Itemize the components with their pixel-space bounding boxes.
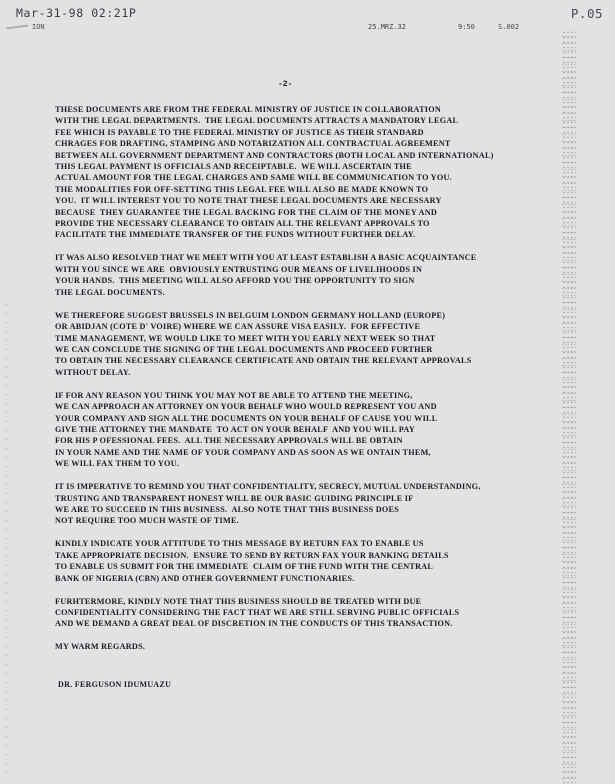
paragraph-line: YOU. IT WILL INTEREST YOU TO NOTE THAT T… [55, 195, 555, 206]
paragraph-line: THE MODALITIES FOR OFF-SETTING THIS LEGA… [55, 184, 555, 195]
scan-noise-right [562, 30, 576, 784]
paragraph-line: TIME MANAGEMENT, WE WOULD LIKE TO MEET W… [55, 333, 555, 344]
letter-paragraph: IT IS IMPERATIVE TO REMIND YOU THAT CONF… [55, 481, 555, 527]
letter-paragraphs: THESE DOCUMENTS ARE FROM THE FEDERAL MIN… [55, 104, 555, 630]
paragraph-line: TO ENABLE US SUBMIT FOR THE IMMEDIATE CL… [55, 561, 555, 572]
paragraph-line: TRUSTING AND TRANSPARENT HONEST WILL BE … [55, 493, 555, 504]
fax-timestamp: Mar-31-98 02:21P [16, 6, 136, 20]
paragraph-line: IN YOUR NAME AND THE NAME OF YOUR COMPAN… [55, 447, 555, 458]
paragraph-line: IT WAS ALSO RESOLVED THAT WE MEET WITH Y… [55, 252, 555, 263]
paragraph-line: BANK OF NIGERIA (CBN) AND OTHER GOVERNME… [55, 573, 555, 584]
letter-closing: MY WARM REGARDS. [55, 641, 555, 652]
paragraph-line: ACTUAL AMOUNT FOR THE LEGAL CHARGES AND … [55, 172, 555, 183]
paragraph-line: IT IS IMPERATIVE TO REMIND YOU THAT CONF… [55, 481, 555, 492]
letter-paragraph: THESE DOCUMENTS ARE FROM THE FEDERAL MIN… [55, 104, 555, 241]
paragraph-line: PROVIDE THE NECESSARY CLEARANCE TO OBTAI… [55, 218, 555, 229]
fax-smudge [6, 24, 28, 29]
paragraph-line: IF FOR ANY REASON YOU THINK YOU MAY NOT … [55, 390, 555, 401]
paragraph-line: TAKE APPROPRIATE DECISION. ENSURE TO SEN… [55, 550, 555, 561]
paragraph-line: AND WE DEMAND A GREAT DEAL OF DISCRETION… [55, 618, 555, 629]
paragraph-line: WE ARE TO SUCCEED IN THIS BUSINESS. ALSO… [55, 504, 555, 515]
paragraph-line: CHRAGES FOR DRAFTING, STAMPING AND NOTAR… [55, 138, 555, 149]
paragraph-line: WITH YOU SINCE WE ARE OBVIOUSLY ENTRUSTI… [55, 264, 555, 275]
paragraph-line: WE CAN APPROACH AN ATTORNEY ON YOUR BEHA… [55, 401, 555, 412]
letter-paragraph: IF FOR ANY REASON YOU THINK YOU MAY NOT … [55, 390, 555, 470]
letter-body: THESE DOCUMENTS ARE FROM THE FEDERAL MIN… [55, 104, 555, 664]
paragraph-line: FACILITATE THE IMMEDIATE TRANSFER OF THE… [55, 229, 555, 240]
paragraph-line: THESE DOCUMENTS ARE FROM THE FEDERAL MIN… [55, 104, 555, 115]
paragraph-line: WE WILL FAX THEM TO YOU. [55, 458, 555, 469]
letter-paragraph: IT WAS ALSO RESOLVED THAT WE MEET WITH Y… [55, 252, 555, 298]
paragraph-line: BETWEEN ALL GOVERNMENT DEPARTMENT AND CO… [55, 150, 555, 161]
paragraph-line: KINDLY INDICATE YOUR ATTITUDE TO THIS ME… [55, 538, 555, 549]
paragraph-line: CONFIDENTIALITY CONSIDERING THE FACT THA… [55, 607, 555, 618]
paragraph-line: TO OBTAIN THE NECESSARY CLEARANCE CERTIF… [55, 355, 555, 366]
paragraph-line: NOT REQUIRE TOO MUCH WASTE OF TIME. [55, 515, 555, 526]
paragraph-line: THE LEGAL DOCUMENTS. [55, 287, 555, 298]
letter-paragraph: KINDLY INDICATE YOUR ATTITUDE TO THIS ME… [55, 538, 555, 584]
paragraph-line: FURHTERMORE, KINDLY NOTE THAT THIS BUSIN… [55, 596, 555, 607]
scan-noise-left [5, 300, 8, 780]
paragraph-line: YOUR HANDS. THIS MEETING WILL ALSO AFFOR… [55, 275, 555, 286]
paragraph-line: WITH THE LEGAL DEPARTMENTS. THE LEGAL DO… [55, 115, 555, 126]
fax-sender-fragment: ION [32, 23, 45, 31]
paragraph-line: OR ABIDJAN (COTE D' VOIRE) WHERE WE CAN … [55, 321, 555, 332]
letter-paragraph: FURHTERMORE, KINDLY NOTE THAT THIS BUSIN… [55, 596, 555, 630]
paragraph-line: WE CAN CONCLUDE THE SIGNING OF THE LEGAL… [55, 344, 555, 355]
fax-transmission-code: S.002 [498, 23, 519, 31]
fax-page-number: P.05 [571, 6, 603, 21]
paragraph-line: THIS LEGAL PAYMENT IS OFFICIALS AND RECE… [55, 161, 555, 172]
fax-transmission-date: 25.MRZ.32 [368, 23, 406, 31]
letter-signature: DR. FERGUSON IDUMUAZU [58, 680, 171, 689]
paragraph-line: FEE WHICH IS PAYABLE TO THE FEDERAL MINI… [55, 127, 555, 138]
paragraph-line: YOUR COMPANY AND SIGN ALL THE DOCUMENTS … [55, 413, 555, 424]
paragraph-line: WITHOUT DELAY. [55, 367, 555, 378]
fax-transmission-time: 9:50 [458, 23, 475, 31]
paragraph-line: FOR HIS P OFESSIONAL FEES. ALL THE NECES… [55, 435, 555, 446]
letter-paragraph: WE THEREFORE SUGGEST BRUSSELS IN BELGUIM… [55, 310, 555, 378]
paragraph-line: BECAUSE THEY GUARANTEE THE LEGAL BACKING… [55, 207, 555, 218]
paragraph-line: WE THEREFORE SUGGEST BRUSSELS IN BELGUIM… [55, 310, 555, 321]
page-number: -2- [278, 80, 292, 89]
paragraph-line: GIVE THE ATTORNEY THE MANDATE TO ACT ON … [55, 424, 555, 435]
